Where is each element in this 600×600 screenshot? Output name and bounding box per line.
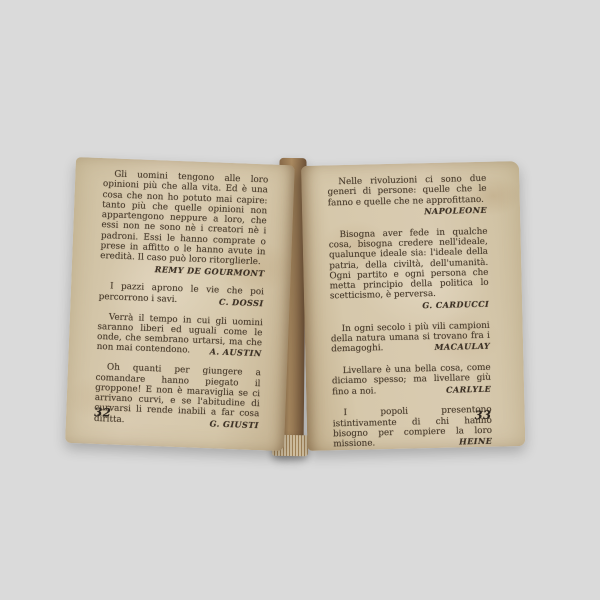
- quote-attribution: C. DOSSI: [219, 296, 264, 308]
- quote-attribution: NAPOLEONE: [424, 205, 487, 217]
- open-book: Gli uomini tengono alle loro opinioni pi…: [70, 148, 532, 470]
- quote-attribution: CARLYLE: [446, 383, 491, 394]
- quote: Verrà il tempo in cui gli uomini saranno…: [97, 312, 263, 359]
- quote-attribution: MACAULAY: [434, 341, 490, 353]
- quote-text: Gli uomini tengono alle loro opinioni pi…: [100, 169, 268, 267]
- quote-attribution: G. CARDUCCI: [422, 299, 489, 311]
- page-number: 33: [474, 409, 491, 420]
- right-page: Nelle rivoluzioni ci sono due generi di …: [301, 161, 525, 451]
- quote: In ogni secolo i più vili campioni della…: [331, 320, 491, 354]
- quote: I popoli presentono istintivamente di ch…: [333, 405, 493, 450]
- left-page: Gli uomini tengono alle loro opinioni pi…: [65, 157, 295, 451]
- quote: Nelle rivoluzioni ci sono due generi di …: [327, 174, 487, 219]
- photo-background: Gli uomini tengono alle loro opinioni pi…: [0, 0, 600, 600]
- quote-attribution: A. AUSTIN: [210, 347, 262, 359]
- quote-attribution: G. GIUSTI: [209, 418, 259, 430]
- quote: Gli uomini tengono alle loro opinioni pi…: [100, 169, 269, 278]
- quote-text: Nelle rivoluzioni ci sono due generi di …: [327, 174, 486, 208]
- quote: Oh quanti per giungere a comandare hanno…: [94, 362, 261, 430]
- quote-text: Bisogna aver fede in qualche cosa, bisog…: [329, 226, 489, 301]
- quote: Livellare è una bella cosa, come diciamo…: [332, 363, 492, 397]
- page-number: 32: [94, 407, 112, 418]
- quote: Bisogna aver fede in qualche cosa, bisog…: [328, 226, 489, 312]
- quote: I pazzi aprono le vie che poi percorrono…: [98, 281, 264, 308]
- quote-attribution: HEINE: [459, 436, 492, 447]
- quote-text: Oh quanti per giungere a comandare hanno…: [94, 363, 261, 425]
